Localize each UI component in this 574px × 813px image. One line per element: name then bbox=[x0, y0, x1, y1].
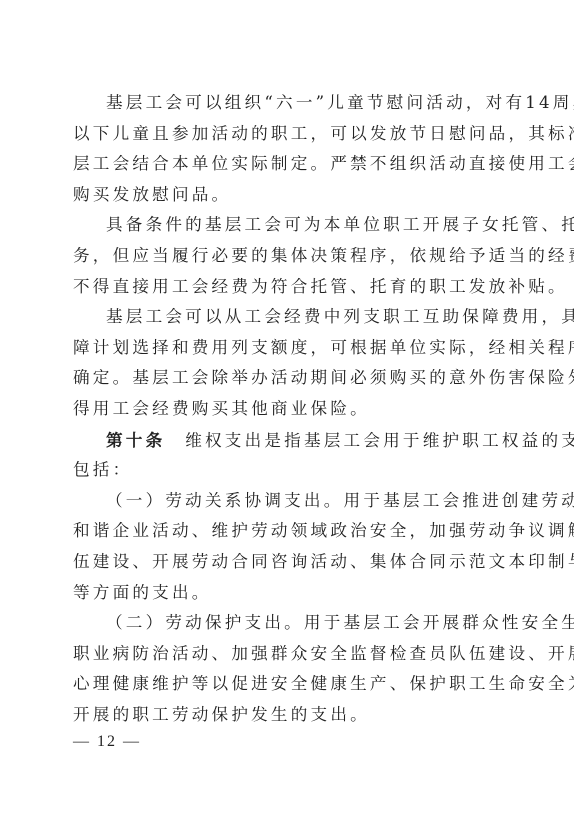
text-line: 具备条件的基层工会可为本单位职工开展子女托管、托育服 bbox=[106, 214, 536, 236]
line-text: 心理健康维护等以促进安全健康生产、保护职工生命安全为宗旨 bbox=[73, 674, 574, 693]
text-line: 确定。基层工会除举办活动期间必须购买的意外伤害保险外，不 bbox=[73, 367, 503, 389]
text-line: 和谐企业活动、维护劳动领域政治安全，加强劳动争议调解和队 bbox=[73, 520, 503, 542]
line-text: 维权支出是指基层工会用于维护职工权益的支出。 bbox=[185, 431, 574, 450]
article-heading: 第十条 bbox=[106, 430, 185, 450]
text-line: （一）劳动关系协调支出。用于基层工会推进创建劳动关系 bbox=[106, 490, 536, 512]
line-text: （二）劳动保护支出。用于基层工会开展群众性安全生产和 bbox=[106, 613, 574, 632]
line-text: 具备条件的基层工会可为本单位职工开展子女托管、托育服 bbox=[106, 215, 574, 234]
line-text: 职业病防治活动、加强群众安全监督检查员队伍建设、开展职工 bbox=[73, 644, 574, 663]
text-line: 务，但应当履行必要的集体决策程序，依规给予适当的经费补助， bbox=[73, 245, 503, 267]
line-text: 障计划选择和费用列支额度，可根据单位实际，经相关程序研究 bbox=[73, 338, 574, 357]
text-line: 包括： bbox=[73, 459, 503, 481]
line-text: 购买发放慰问品。 bbox=[73, 185, 231, 204]
line-text: 基层工会可以从工会经费中列支职工互助保障费用，具体保 bbox=[106, 307, 574, 326]
text-line: 开展的职工劳动保护发生的支出。 bbox=[73, 704, 503, 726]
line-text: 确定。基层工会除举办活动期间必须购买的意外伤害保险外，不 bbox=[73, 368, 574, 387]
line-text: 基层工会可以组织“六一”儿童节慰问活动，对有14周岁（含） bbox=[106, 93, 574, 112]
line-text: 包括： bbox=[73, 460, 132, 479]
text-line: 基层工会可以组织“六一”儿童节慰问活动，对有14周岁（含） bbox=[106, 92, 536, 114]
text-line: 伍建设、开展劳动合同咨询活动、集体合同示范文本印制与推广 bbox=[73, 551, 503, 573]
text-line: 第十条 维权支出是指基层工会用于维护职工权益的支出。 bbox=[106, 429, 536, 452]
text-line: 职业病防治活动、加强群众安全监督检查员队伍建设、开展职工 bbox=[73, 643, 503, 665]
text-line: 不得直接用工会经费为符合托管、托育的职工发放补贴。 bbox=[73, 276, 503, 298]
line-text: 开展的职工劳动保护发生的支出。 bbox=[73, 705, 370, 724]
page-number: — 12 — bbox=[73, 733, 141, 751]
line-text: 等方面的支出。 bbox=[73, 583, 212, 602]
text-line: 得用工会经费购买其他商业保险。 bbox=[73, 398, 503, 420]
line-text: 以下儿童且参加活动的职工，可以发放节日慰问品，其标准由基 bbox=[73, 124, 574, 143]
text-line: 障计划选择和费用列支额度，可根据单位实际，经相关程序研究 bbox=[73, 337, 503, 359]
text-line: 心理健康维护等以促进安全健康生产、保护职工生命安全为宗旨 bbox=[73, 673, 503, 695]
line-text: 务，但应当履行必要的集体决策程序，依规给予适当的经费补助， bbox=[73, 246, 574, 265]
text-line: 购买发放慰问品。 bbox=[73, 184, 503, 206]
line-text: 得用工会经费购买其他商业保险。 bbox=[73, 399, 370, 418]
line-text: 不得直接用工会经费为符合托管、托育的职工发放补贴。 bbox=[73, 277, 568, 296]
text-line: 等方面的支出。 bbox=[73, 582, 503, 604]
text-line: （二）劳动保护支出。用于基层工会开展群众性安全生产和 bbox=[106, 612, 536, 634]
line-text: 伍建设、开展劳动合同咨询活动、集体合同示范文本印制与推广 bbox=[73, 552, 574, 571]
line-text: 和谐企业活动、维护劳动领域政治安全，加强劳动争议调解和队 bbox=[73, 521, 574, 540]
line-text: 层工会结合本单位实际制定。严禁不组织活动直接使用工会经费 bbox=[73, 154, 574, 173]
text-line: 以下儿童且参加活动的职工，可以发放节日慰问品，其标准由基 bbox=[73, 123, 503, 145]
document-page: 基层工会可以组织“六一”儿童节慰问活动，对有14周岁（含）以下儿童且参加活动的职… bbox=[0, 0, 574, 813]
line-text: （一）劳动关系协调支出。用于基层工会推进创建劳动关系 bbox=[106, 491, 574, 510]
text-line: 层工会结合本单位实际制定。严禁不组织活动直接使用工会经费 bbox=[73, 153, 503, 175]
text-line: 基层工会可以从工会经费中列支职工互助保障费用，具体保 bbox=[106, 306, 536, 328]
